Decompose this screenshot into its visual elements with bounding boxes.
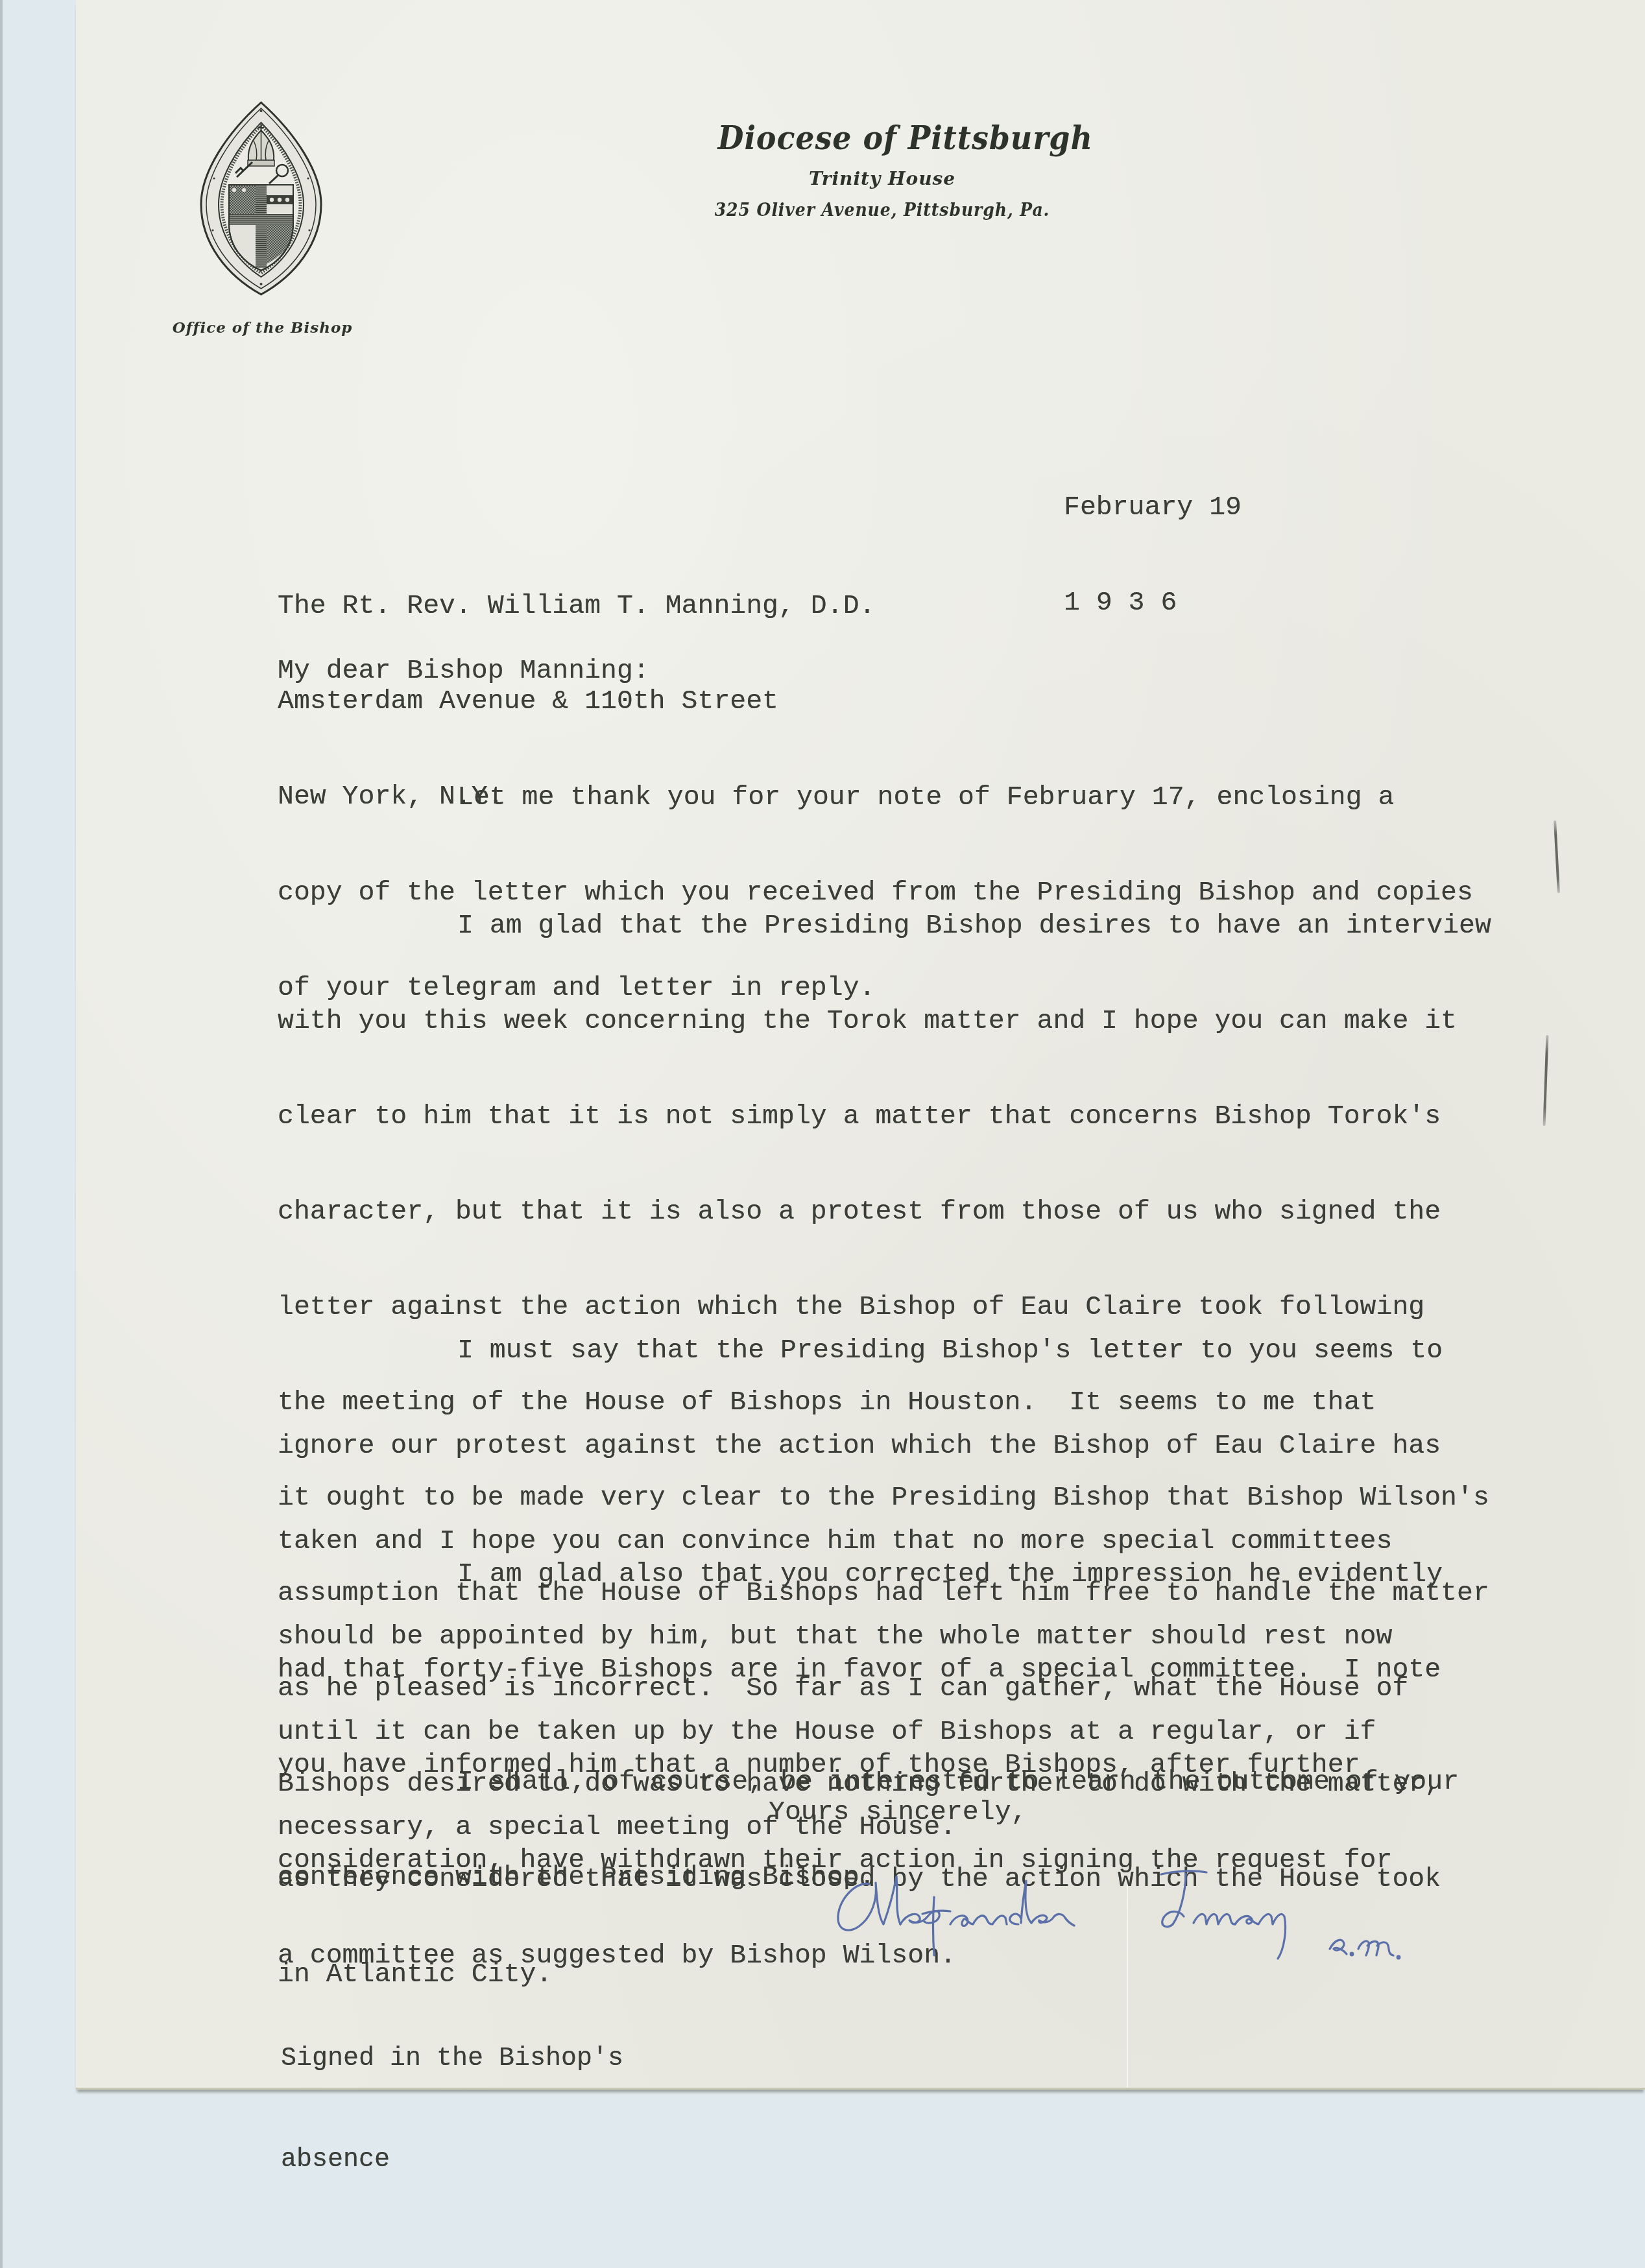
note-line-2: absence (281, 2143, 623, 2177)
paragraph-line: ignore our protest against the action wh… (278, 1430, 1443, 1462)
letterhead-address: 325 Oliver Avenue, Pittsburgh, Pa. (707, 199, 1057, 222)
paragraph-line: Let me thank you for your note of Februa… (278, 782, 1473, 813)
complimentary-close: Yours sincerely, (769, 1796, 1027, 1828)
signed-in-absence-note: Signed in the Bishop's absence (281, 1975, 623, 2211)
paragraph-line: with you this week concerning the Torok … (278, 1005, 1491, 1037)
diocesan-seal-icon (198, 101, 324, 296)
letterhead-organization: Diocese of Pittsburgh (718, 119, 1040, 158)
paragraph-line: clear to him that it is not simply a mat… (278, 1101, 1491, 1132)
letterhead-office: Office of the Bishop (170, 318, 355, 339)
recipient-street: Amsterdam Avenue & 110th Street (278, 686, 875, 717)
paragraph-line: character, but that it is also a protest… (278, 1196, 1491, 1228)
letterhead-building: Trinity House (791, 167, 973, 191)
salutation: My dear Bishop Manning: (278, 655, 649, 687)
paragraph-line: I am glad that the Presiding Bishop desi… (278, 910, 1491, 942)
paragraph-line: I must say that the Presiding Bishop's l… (278, 1335, 1443, 1367)
date-year: 1 9 3 6 (1064, 587, 1242, 619)
letter-date: February 19 1 9 3 6 (1064, 428, 1242, 651)
handwritten-signature: Alexander Mann (830, 1852, 1401, 1968)
date-month-day: February 19 (1064, 492, 1242, 523)
paragraph-line: had that forty-five Bishops are in favor… (278, 1654, 1443, 1686)
paragraph-line: I shall, of course, be interested to lea… (278, 1766, 1459, 1798)
recipient-name: The Rt. Rev. William T. Manning, D.D. (278, 590, 875, 622)
scanner-edge (0, 0, 3, 2268)
paragraph-line: I am glad also that you corrected the im… (278, 1558, 1443, 1590)
note-line-1: Signed in the Bishop's (281, 2042, 623, 2076)
